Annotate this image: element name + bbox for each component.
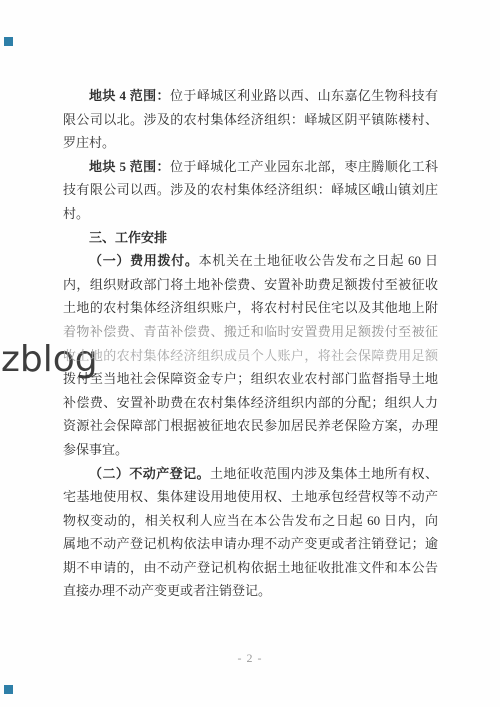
text-segment: 宅基地使用权、集体建设用地使用权、土地承包经营权等不动产: [63, 489, 438, 504]
text-segment: 属地不动产登记机构依法申请办理不动产变更或者注销登记；逾: [63, 536, 438, 551]
text-segment: 村。: [63, 206, 89, 221]
section-heading: 三、工作安排: [63, 226, 438, 250]
text-line: 直接办理不动产变更或者注销登记。: [63, 579, 438, 603]
text-line: 宅基地使用权、集体建设用地使用权、土地承包经营权等不动产: [63, 485, 438, 509]
text-segment: 期不申请的，由不动产登记机构依据土地征收批准文件和本公告: [63, 560, 438, 575]
text-segment: 三、工作安排: [89, 230, 167, 245]
text-line: 地块 5 范围：位于峄城化工产业园东北部，枣庄腾顺化工科: [63, 155, 438, 179]
text-segment: 收土地的农村集体经济组织成员个人账户，将社会保障费用足额: [63, 348, 438, 363]
text-segment: 拨付至当地社会保障资金专户；组织农业农村部门监督指导土地: [63, 371, 438, 386]
text-segment: 位于峄城区利业路以西、山东嘉亿生物科技有: [170, 88, 438, 103]
text-segment: 技有限公司以西。涉及的农村集体经济组织：峄城区峨山镇刘庄: [63, 182, 438, 197]
text-segment: （一）费用拨付。: [89, 253, 199, 268]
corner-mark-bottom-icon: [4, 685, 13, 694]
clause-1-fund-allocation: （一）费用拨付。本机关在土地征收公告发布之日起 60 日内，组织财政部门将土地补…: [63, 249, 438, 461]
text-segment: 位于峄城化工产业园东北部，枣庄腾顺化工科: [170, 159, 438, 174]
section-3-heading: 三、工作安排: [63, 226, 438, 250]
text-line: 土地的农村集体经济组织账户，将农村村民住宅以及其他地上附: [63, 296, 438, 320]
text-line: 村。: [63, 202, 438, 226]
text-segment: 参保事宜。: [63, 442, 128, 457]
text-line: 收土地的农村集体经济组织成员个人账户，将社会保障费用足额: [63, 344, 438, 368]
text-segment: 本机关在土地征收公告发布之日起 60 日: [199, 253, 438, 268]
text-segment: 着物补偿费、青苗补偿费、搬迁和临时安置费用足额拨付至被征: [63, 324, 438, 339]
text-line: 补偿费、安置补助费在农村集体经济组织内部的分配；组织人力: [63, 391, 438, 415]
text-line: 资源社会保障部门根据被征地农民参加居民养老保险方案，办理: [63, 414, 438, 438]
plot-5-scope: 地块 5 范围：位于峄城化工产业园东北部，枣庄腾顺化工科技有限公司以西。涉及的农…: [63, 155, 438, 226]
text-segment: 土地征收范围内涉及集体土地所有权、: [210, 466, 438, 481]
plot-4-scope: 地块 4 范围：位于峄城区利业路以西、山东嘉亿生物科技有限公司以北。涉及的农村集…: [63, 84, 438, 155]
text-line: （二）不动产登记。土地征收范围内涉及集体土地所有权、: [63, 462, 438, 486]
text-line: 着物补偿费、青苗补偿费、搬迁和临时安置费用足额拨付至被征: [63, 320, 438, 344]
text-segment: 土地的农村集体经济组织账户，将农村村民住宅以及其他地上附: [63, 300, 438, 315]
text-segment: 地块 5 范围：: [89, 159, 170, 174]
clause-2-real-estate-registration: （二）不动产登记。土地征收范围内涉及集体土地所有权、宅基地使用权、集体建设用地使…: [63, 462, 438, 604]
text-line: 参保事宜。: [63, 438, 438, 462]
page-number: - 2 -: [0, 651, 500, 666]
text-segment: 地块 4 范围：: [89, 88, 170, 103]
document-body: 地块 4 范围：位于峄城区利业路以西、山东嘉亿生物科技有限公司以北。涉及的农村集…: [63, 84, 438, 603]
text-line: 罗庄村。: [63, 131, 438, 155]
text-segment: 限公司以北。涉及的农村集体经济组织：峄城区阴平镇陈楼村、: [63, 112, 438, 127]
text-segment: 直接办理不动产变更或者注销登记。: [63, 583, 271, 598]
text-segment: 物权变动的，相关权利人应当在本公告发布之日起 60 日内，向: [63, 513, 438, 528]
text-line: （一）费用拨付。本机关在土地征收公告发布之日起 60 日: [63, 249, 438, 273]
text-line: 技有限公司以西。涉及的农村集体经济组织：峄城区峨山镇刘庄: [63, 178, 438, 202]
text-line: 物权变动的，相关权利人应当在本公告发布之日起 60 日内，向: [63, 509, 438, 533]
text-line: 期不申请的，由不动产登记机构依据土地征收批准文件和本公告: [63, 556, 438, 580]
text-line: 内，组织财政部门将土地补偿费、安置补助费足额拨付至被征收: [63, 273, 438, 297]
text-line: 限公司以北。涉及的农村集体经济组织：峄城区阴平镇陈楼村、: [63, 108, 438, 132]
text-segment: 资源社会保障部门根据被征地农民参加居民养老保险方案，办理: [63, 418, 438, 433]
text-segment: 罗庄村。: [63, 135, 115, 150]
text-line: 拨付至当地社会保障资金专户；组织农业农村部门监督指导土地: [63, 367, 438, 391]
document-page: zblog 地块 4 范围：位于峄城区利业路以西、山东嘉亿生物科技有限公司以北。…: [0, 0, 500, 707]
text-line: 地块 4 范围：位于峄城区利业路以西、山东嘉亿生物科技有: [63, 84, 438, 108]
text-line: 属地不动产登记机构依法申请办理不动产变更或者注销登记；逾: [63, 532, 438, 556]
text-segment: 内，组织财政部门将土地补偿费、安置补助费足额拨付至被征收: [63, 277, 438, 292]
corner-mark-top-icon: [4, 37, 13, 46]
text-segment: （二）不动产登记。: [89, 466, 210, 481]
text-segment: 补偿费、安置补助费在农村集体经济组织内部的分配；组织人力: [63, 395, 438, 410]
